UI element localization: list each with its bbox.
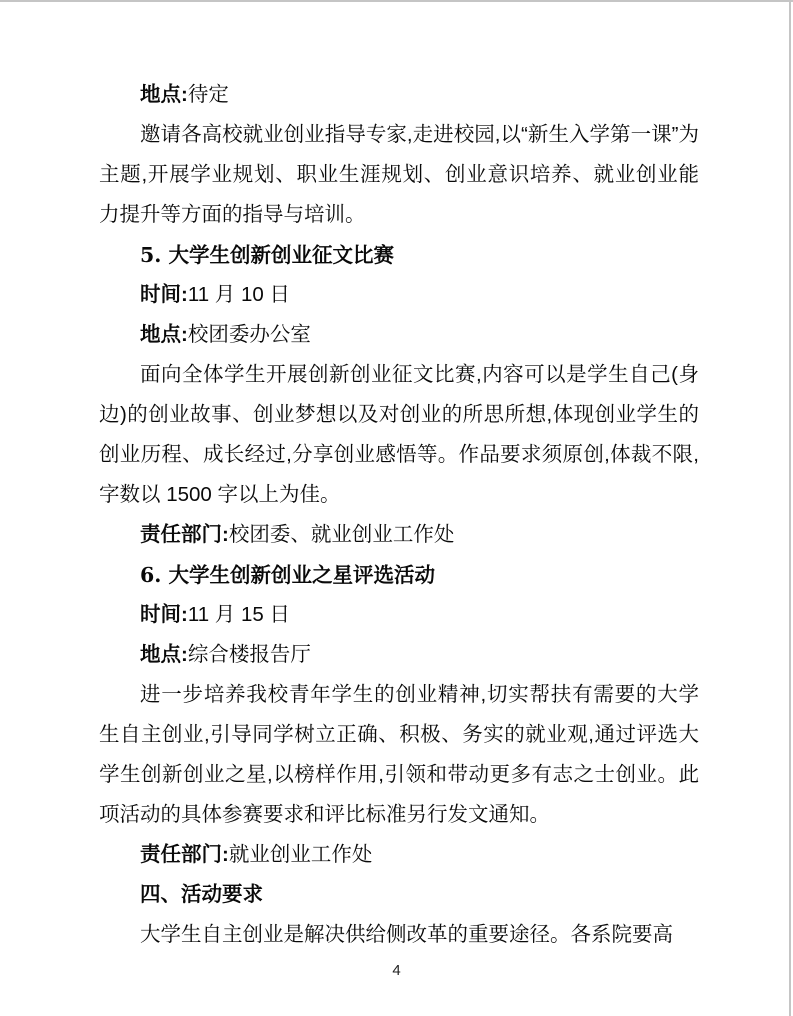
- field-label: 责任部门:: [140, 843, 229, 866]
- body-paragraph: 面向全体学生开展创新创业征文比赛,内容可以是学生自己(身边)的创业故事、创业梦想…: [99, 355, 699, 515]
- page-right-border: [789, 0, 791, 1016]
- field-line: 责任部门:就业创业工作处: [99, 835, 699, 875]
- field-value: 校团委办公室: [188, 323, 311, 346]
- field-line: 地点:待定: [99, 75, 699, 115]
- section-heading: 四、活动要求: [99, 875, 699, 915]
- field-label: 时间:: [140, 603, 188, 626]
- field-value: 待定: [188, 83, 229, 106]
- field-line: 地点:综合楼报告厅: [99, 635, 699, 675]
- field-line: 时间:11 月 15 日: [99, 595, 699, 635]
- field-label: 地点:: [140, 83, 188, 106]
- field-value: 校团委、就业创业工作处: [229, 523, 455, 546]
- field-label: 时间:: [140, 283, 188, 306]
- body-paragraph: 进一步培养我校青年学生的创业精神,切实帮扶有需要的大学生自主创业,引导同学树立正…: [99, 675, 699, 835]
- field-value: 11 月 10 日: [188, 283, 290, 306]
- numbered-activity-heading: 5. 大学生创新创业征文比赛: [99, 235, 699, 275]
- field-value: 11 月 15 日: [188, 603, 290, 626]
- page-number: 4: [0, 961, 793, 981]
- field-label: 责任部门:: [140, 523, 229, 546]
- field-line: 地点:校团委办公室: [99, 315, 699, 355]
- document-page: 地点:待定邀请各高校就业创业指导专家,走进校园,以“新生入学第一课”为主题,开展…: [0, 0, 793, 1016]
- field-line: 时间:11 月 10 日: [99, 275, 699, 315]
- document-body: 地点:待定邀请各高校就业创业指导专家,走进校园,以“新生入学第一课”为主题,开展…: [99, 75, 699, 955]
- page-top-border: [0, 0, 793, 2]
- field-line: 责任部门:校团委、就业创业工作处: [99, 515, 699, 555]
- field-value: 综合楼报告厅: [188, 643, 311, 666]
- field-value: 就业创业工作处: [229, 843, 373, 866]
- field-label: 地点:: [140, 323, 188, 346]
- field-label: 地点:: [140, 643, 188, 666]
- body-paragraph: 邀请各高校就业创业指导专家,走进校园,以“新生入学第一课”为主题,开展学业规划、…: [99, 115, 699, 235]
- body-paragraph: 大学生自主创业是解决供给侧改革的重要途径。各系院要高: [99, 915, 699, 955]
- numbered-activity-heading: 6. 大学生创新创业之星评选活动: [99, 555, 699, 595]
